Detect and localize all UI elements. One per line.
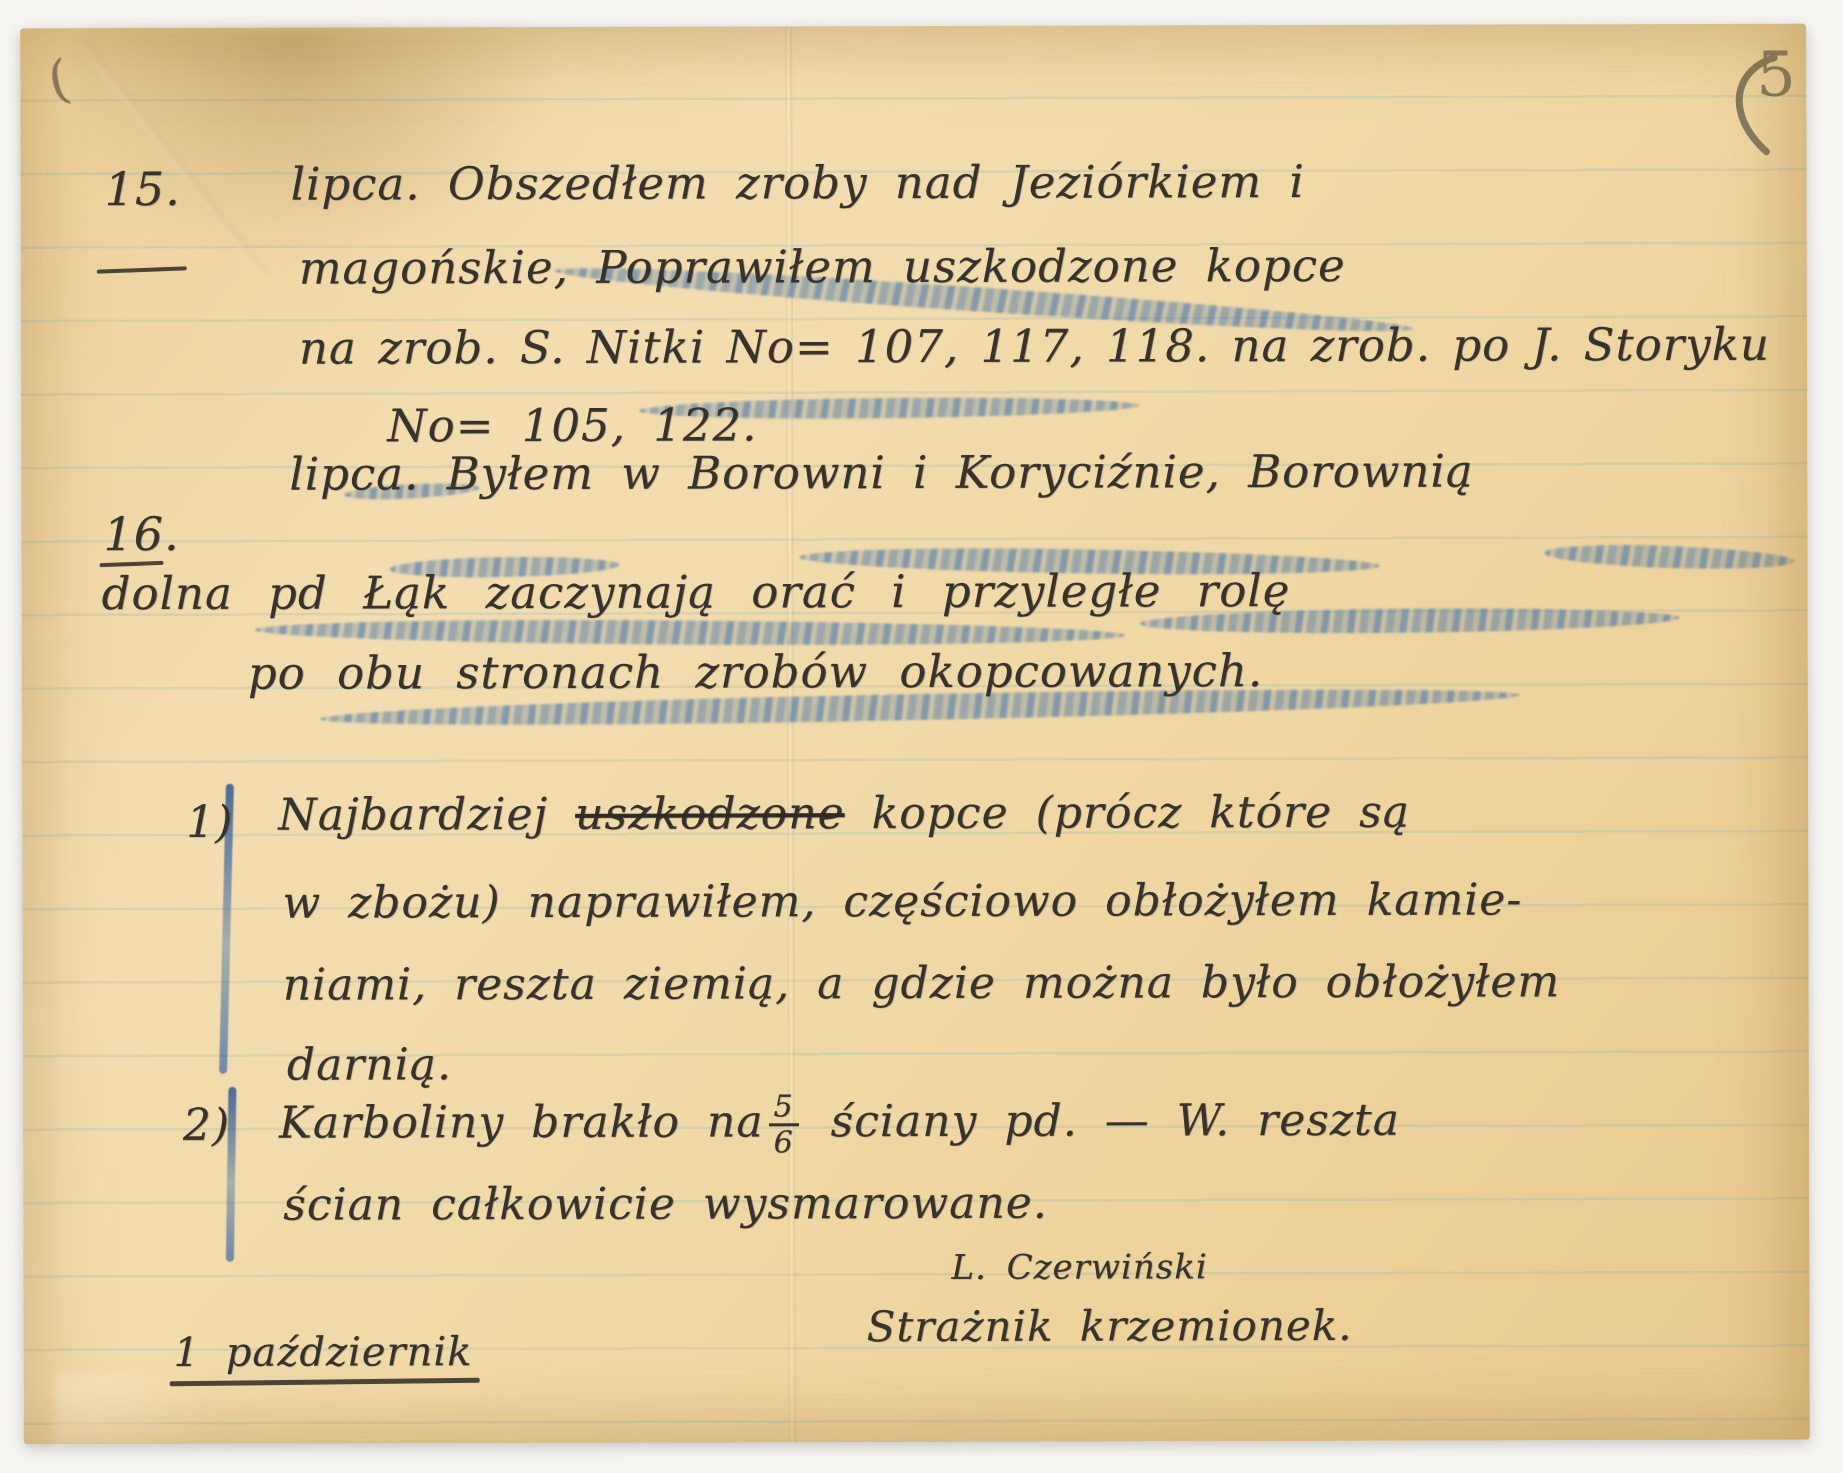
faint-pencil-mark: (: [42, 49, 75, 112]
note-1-line-1-post: kopce (prócz które są: [845, 787, 1410, 839]
footer-date: 1 październik: [174, 1329, 473, 1376]
entry-15-line-2: magońskie, Poprawiłem uszkodzone kopce: [299, 239, 1346, 295]
entry-16-line-1: lipca. Byłem w Borowni i Koryciźnie, Bor…: [289, 445, 1473, 501]
fraction-numerator: 5: [768, 1092, 798, 1126]
note-2-line-1: Karboliny brakło na56 ściany pd. — W. re…: [279, 1091, 1400, 1160]
signature-title: Strażnik krzemionek.: [866, 1301, 1352, 1351]
note-2-line-2: ścian całkowicie wysmarowane.: [283, 1178, 1048, 1231]
entry-16-line-3: po obu stronach zrobów okopcowanych.: [248, 644, 1263, 700]
paper-crease-line: [78, 38, 268, 278]
note-1-number: 1): [186, 797, 233, 848]
entry-15-line-1: lipca. Obszedłem zroby nad Jeziórkiem i: [290, 155, 1304, 211]
fraction-denominator: 6: [769, 1126, 799, 1158]
manuscript-paper: ( 5 15. lipca. Obszedłem zroby nad Jezió…: [20, 24, 1810, 1445]
blue-underline-mark: [1544, 542, 1795, 572]
note-2-fraction: 56: [768, 1092, 798, 1158]
footer-date-underline: [170, 1378, 480, 1387]
signature-name: L. Czerwiński: [951, 1247, 1207, 1288]
entry-15-day-underline: [97, 266, 187, 273]
note-1-line-2: w zbożu) naprawiłem, częściowo obłożyłem…: [282, 874, 1522, 928]
entry-16-line-2: dolna pd Łąk zaczynają orać i przyległe …: [102, 564, 1291, 620]
entry-15-line-4: No= 105, 122.: [387, 398, 757, 452]
note-1-struck-word: uszkodzone: [575, 788, 845, 840]
entry-16-day: 16.: [103, 507, 179, 561]
blue-underline-mark: [255, 618, 1125, 647]
page-number: 5: [1756, 38, 1797, 111]
note-2-number: 2): [183, 1100, 230, 1151]
note-2-line-1-post: ściany pd. — W. reszta: [831, 1095, 1400, 1147]
note-2-line-1-pre: Karboliny brakło na: [279, 1096, 764, 1148]
fold-crease: [785, 26, 796, 1442]
entry-15-line-3: na zrob. S. Nitki No= 107, 117, 118. na …: [299, 318, 1770, 375]
note-1-line-1: Najbardziej uszkodzone kopce (prócz któr…: [278, 787, 1410, 841]
entry-15-day: 15.: [105, 162, 181, 216]
note-1-line-3: niami, reszta ziemią, a gdzie można było…: [283, 956, 1561, 1010]
note-1-line-4: darnią.: [287, 1039, 452, 1090]
note-1-line-1-pre: Najbardziej: [278, 789, 575, 841]
